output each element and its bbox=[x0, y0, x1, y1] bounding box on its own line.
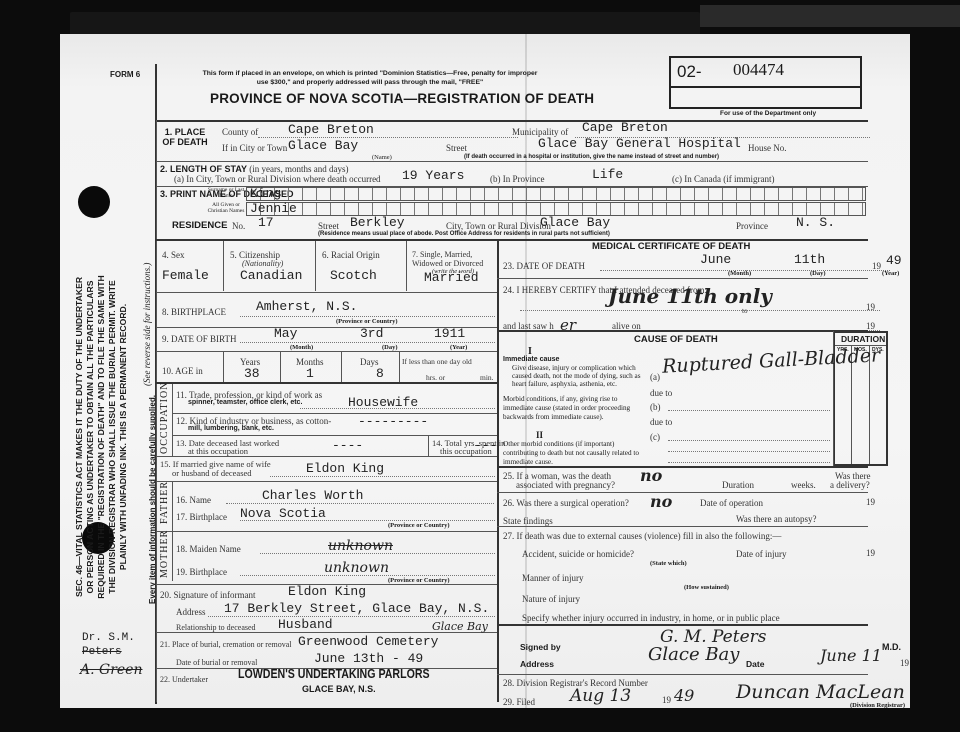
cause-of-death-heading: CAUSE OF DEATH bbox=[634, 334, 718, 345]
county-value: Cape Breton bbox=[288, 122, 374, 137]
residence-street: Berkley bbox=[350, 215, 405, 230]
father-birthplace-value: Nova Scotia bbox=[240, 506, 326, 521]
punch-hole-top bbox=[78, 186, 110, 218]
burial-date-value: June 13th - 49 bbox=[314, 651, 423, 666]
death-month-value: June bbox=[700, 252, 731, 267]
informant-name-value: Eldon King bbox=[288, 584, 366, 599]
age-years: 38 bbox=[244, 366, 260, 381]
attended-from-value: June 11th only bbox=[608, 284, 772, 308]
last-worked-value: ---- bbox=[332, 438, 363, 453]
dob-day: 3rd bbox=[360, 326, 383, 341]
occupation-industry-value: --------- bbox=[358, 414, 428, 429]
form-number: FORM 6 bbox=[110, 70, 140, 79]
given-names-grid bbox=[246, 202, 866, 216]
instructions-note: (See reverse side for instructions.) bbox=[142, 263, 152, 386]
filed-date-value: Aug 13 bbox=[570, 686, 631, 706]
scan-border-top-right bbox=[700, 5, 960, 27]
registration-prefix: 02- bbox=[677, 62, 702, 82]
surgery-value: no bbox=[650, 492, 672, 511]
sex-value: Female bbox=[162, 268, 209, 283]
residence-city: Glace Bay bbox=[540, 215, 610, 230]
department-note: For use of the Department only bbox=[720, 110, 816, 117]
registrar-signature: Duncan MacLean bbox=[736, 681, 905, 703]
mother-maiden-value: unknown bbox=[328, 538, 393, 554]
registration-number: 004474 bbox=[733, 60, 784, 80]
undertaker-address-value: GLACE BAY, N.S. bbox=[302, 684, 376, 694]
age-months: 1 bbox=[306, 366, 314, 381]
registration-number-box: 02- 004474 bbox=[669, 56, 862, 109]
margin-annotation-signature: A. Green bbox=[80, 662, 142, 678]
total-years-value: --- bbox=[474, 438, 497, 453]
pregnancy-value: no bbox=[640, 466, 662, 485]
mother-section-label: MOTHER bbox=[159, 530, 170, 578]
surname-grid bbox=[246, 187, 866, 201]
death-registration-form: FORM 6 SEC. 46—VITAL STATISTICS ACT MAKE… bbox=[60, 34, 910, 708]
residence-province: N. S. bbox=[796, 215, 835, 230]
father-section-label: FATHER bbox=[159, 481, 170, 524]
filed-year-value: 49 bbox=[674, 686, 694, 705]
age-days: 8 bbox=[376, 366, 384, 381]
birthplace-value: Amherst, N.S. bbox=[256, 299, 357, 314]
stay-province-value: Life bbox=[592, 167, 623, 182]
dob-year: 1911 bbox=[434, 326, 465, 341]
statute-notice: SEC. 46—VITAL STATISTICS ACT MAKES IT TH… bbox=[74, 272, 129, 602]
racial-origin-value: Scotch bbox=[330, 268, 377, 283]
citizenship-value: Canadian bbox=[240, 268, 302, 283]
undertaker-name-value: LOWDEN'S UNDERTAKING PARLORS bbox=[238, 667, 430, 681]
municipality-value: Cape Breton bbox=[582, 120, 668, 135]
given-names-value: Jennie bbox=[250, 201, 297, 216]
occupation-section-label: OCCUPATION bbox=[159, 382, 170, 454]
physician-address-value: Glace Bay bbox=[648, 644, 739, 665]
mail-notice: This form if placed in an envelope, on w… bbox=[200, 69, 540, 87]
informant-address-value: 17 Berkley Street, Glace Bay, N.S. bbox=[224, 601, 489, 616]
death-day-value: 11th bbox=[794, 252, 825, 267]
marital-status-value: Married bbox=[424, 270, 479, 285]
burial-place-value: Greenwood Cemetery bbox=[298, 634, 438, 649]
residence-number: 17 bbox=[258, 215, 274, 230]
form-title: PROVINCE OF NOVA SCOTIA—REGISTRATION OF … bbox=[210, 91, 594, 106]
stay-city-value: 19 Years bbox=[402, 168, 464, 183]
place-of-death-label: 1. PLACE OF DEATH bbox=[160, 127, 210, 147]
medical-certificate-heading: MEDICAL CERTIFICATE OF DEATH bbox=[592, 241, 750, 252]
occupation-trade-value: Housewife bbox=[348, 395, 418, 410]
scan-border-top bbox=[70, 12, 700, 36]
length-of-stay-label: 2. LENGTH OF STAY (in years, months and … bbox=[160, 164, 349, 174]
margin-annotation-dr: Dr. S.M. bbox=[82, 632, 135, 644]
mother-birthplace-value: unknown bbox=[324, 560, 389, 576]
surname-value: King bbox=[250, 186, 281, 201]
street-value: Glace Bay General Hospital bbox=[538, 136, 741, 151]
father-name-value: Charles Worth bbox=[262, 488, 363, 503]
spouse-name-value: Eldon King bbox=[306, 461, 384, 476]
informant-relationship-value: Husband bbox=[278, 617, 333, 632]
signature-date-value: June 11 bbox=[820, 646, 882, 665]
burial-place-annotation: Glace Bay bbox=[432, 620, 488, 633]
death-year-value: 49 bbox=[886, 253, 902, 268]
city-value: Glace Bay bbox=[288, 138, 358, 153]
dob-month: May bbox=[274, 326, 297, 341]
margin-annotation-peters: Peters bbox=[82, 646, 122, 658]
